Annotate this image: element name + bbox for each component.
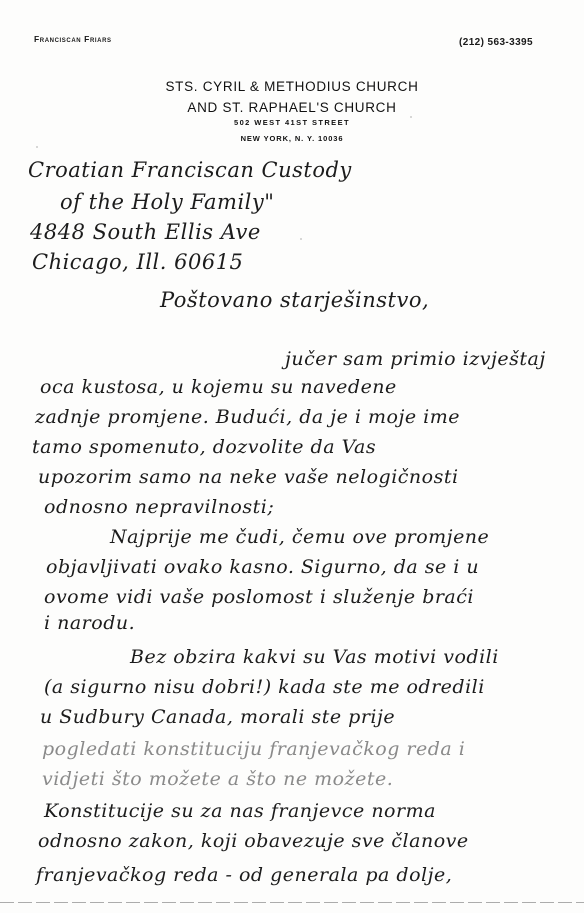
letterhead-street: 502 WEST 41ST STREET bbox=[0, 118, 584, 127]
address-line-2: of the Holy Family" bbox=[60, 190, 274, 214]
body-line: vidjeti što možete a što ne možete. bbox=[42, 768, 393, 790]
body-line: Bez obzira kakvi su Vas motivi vodili bbox=[130, 646, 499, 668]
salutation: Poštovano starješinstvo, bbox=[160, 288, 429, 312]
body-line: jučer sam primio izvještaj bbox=[285, 348, 546, 370]
body-line: pogledati konstituciju franjevačkog reda… bbox=[42, 738, 465, 760]
body-line: u Sudbury Canada, morali ste prije bbox=[40, 706, 395, 728]
scan-speck bbox=[300, 238, 302, 240]
body-line: tamo spomenuto, dozvolite da Vas bbox=[32, 436, 376, 458]
scan-speck bbox=[410, 116, 412, 118]
page-bottom-edge bbox=[0, 902, 584, 903]
letterhead-church-name-1: STS. CYRIL & METHODIUS CHURCH bbox=[0, 79, 584, 94]
letter-page: Franciscan Friars (212) 563-3395 STS. CY… bbox=[0, 0, 584, 913]
body-line: Najprije me čudi, čemu ove promjene bbox=[110, 526, 489, 548]
letterhead-church-name-2: AND ST. RAPHAEL'S CHURCH bbox=[0, 100, 584, 115]
letterhead-city: NEW YORK, N. Y. 10036 bbox=[0, 134, 584, 143]
letterhead-franciscan-friars: Franciscan Friars bbox=[34, 34, 112, 44]
letterhead-phone: (212) 563-3395 bbox=[459, 37, 533, 48]
body-line: ovome vidi vaše poslomost i služenje bra… bbox=[44, 586, 474, 608]
address-line-1: Croatian Franciscan Custody bbox=[28, 158, 352, 182]
scan-speck bbox=[36, 146, 38, 148]
body-line: (a sigurno nisu dobri!) kada ste me odre… bbox=[44, 676, 485, 698]
body-line: franjevačkog reda - od generala pa dolje… bbox=[36, 864, 452, 886]
body-line: odnosno zakon, koji obavezuje sve članov… bbox=[38, 830, 469, 852]
address-line-4: Chicago, Ill. 60615 bbox=[32, 250, 243, 274]
body-line: odnosno nepravilnosti; bbox=[44, 496, 274, 518]
address-line-3: 4848 South Ellis Ave bbox=[30, 220, 261, 244]
body-line: i narodu. bbox=[44, 612, 135, 634]
body-line: upozorim samo na neke vaše nelogičnosti bbox=[38, 466, 459, 488]
body-line: objavljivati ovako kasno. Sigurno, da se… bbox=[46, 556, 479, 578]
body-line: oca kustosa, u kojemu su navedene bbox=[40, 376, 397, 398]
body-line: Konstitucije su za nas franjevce norma bbox=[44, 800, 436, 822]
body-line: zadnje promjene. Budući, da je i moje im… bbox=[35, 406, 460, 428]
